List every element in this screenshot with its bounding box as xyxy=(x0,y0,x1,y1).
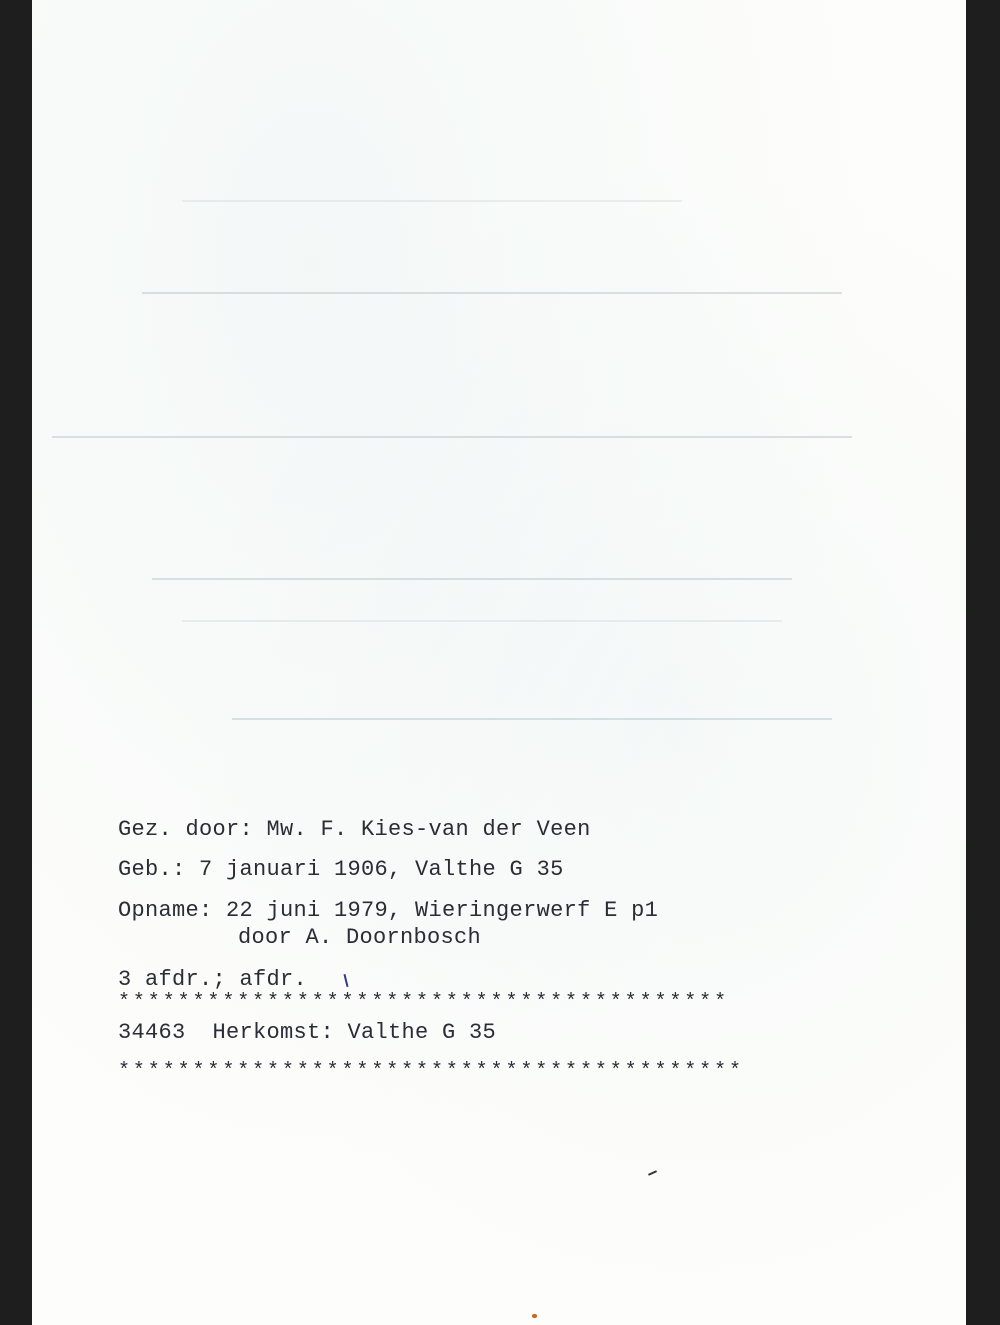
show-through-line xyxy=(152,578,792,580)
pen-mark xyxy=(343,974,348,987)
sung-by-line: Gez. door: Mw. F. Kies-van der Veen xyxy=(118,819,591,841)
separator-top: ****************************************… xyxy=(118,993,729,1013)
recording-line-1: Opname: 22 juni 1979, Wieringerwerf E p1 xyxy=(118,900,658,922)
show-through-line xyxy=(142,292,842,294)
show-through-line xyxy=(182,200,682,202)
birth-line: Geb.: 7 januari 1906, Valthe G 35 xyxy=(118,859,564,881)
ink-speck xyxy=(532,1314,537,1318)
record-origin-line: 34463 Herkomst: Valthe G 35 xyxy=(118,1022,496,1044)
recording-line-2: door A. Doornbosch xyxy=(238,927,481,949)
show-through-line xyxy=(232,718,832,720)
show-through-line xyxy=(182,620,782,622)
separator-bottom: ****************************************… xyxy=(118,1062,744,1082)
prints-line: 3 afdr.; afdr. xyxy=(118,969,307,991)
stray-mark xyxy=(648,1170,657,1176)
scanned-page: Gez. door: Mw. F. Kies-van der Veen Geb.… xyxy=(32,0,966,1325)
show-through-line xyxy=(52,436,852,438)
